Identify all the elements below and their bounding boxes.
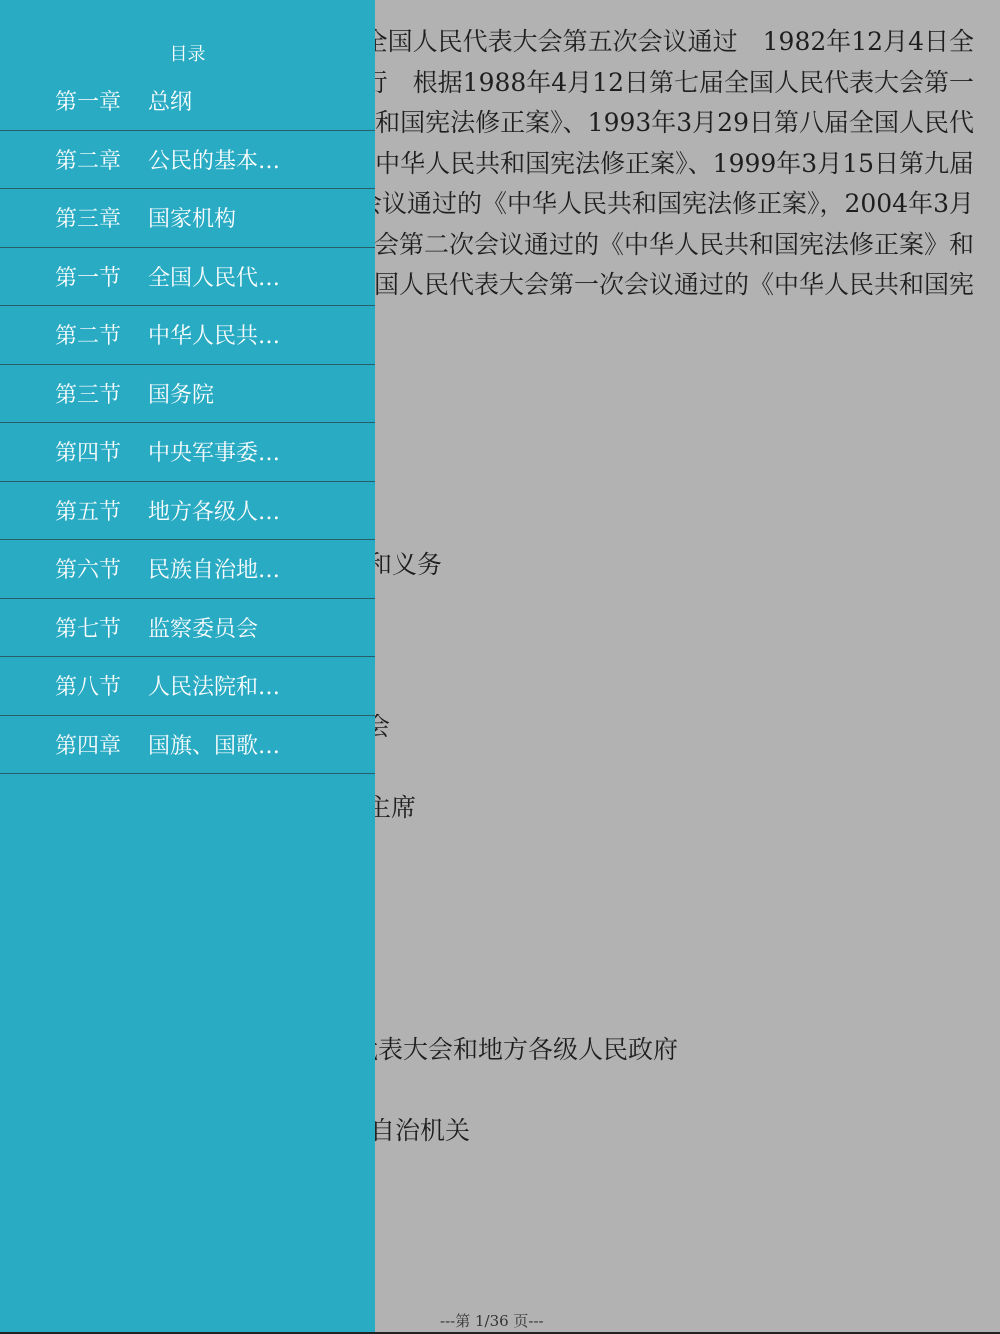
toc-item-number: 第二节 [55, 319, 121, 350]
toc-item-number: 第三节 [55, 378, 121, 409]
toc-item[interactable]: 第三节国务院 [0, 365, 375, 424]
toc-item-title: 中华人民共… [148, 319, 280, 350]
toc-item[interactable]: 第二节中华人民共… [0, 306, 375, 365]
toc-item-number: 第一章 [55, 85, 121, 116]
toc-item[interactable]: 第六节民族自治地… [0, 540, 375, 599]
toc-item[interactable]: 第四节中央军事委… [0, 423, 375, 482]
toc-item-title: 总纲 [148, 85, 192, 116]
toc-item-title: 监察委员会 [148, 612, 258, 643]
toc-item[interactable]: 第一章总纲 [0, 72, 375, 131]
toc-item-title: 全国人民代… [148, 261, 280, 292]
toc-item-title: 国务院 [148, 378, 214, 409]
toc-item-number: 第三章 [55, 202, 121, 233]
toc-item[interactable]: 第八节人民法院和… [0, 657, 375, 716]
toc-item-title: 中央军事委… [148, 436, 280, 467]
toc-item-title: 国旗、国歌… [148, 729, 280, 760]
toc-item-title: 公民的基本… [148, 144, 280, 175]
toc-item[interactable]: 第一节全国人民代… [0, 248, 375, 307]
page-indicator: ---第 1/36 页--- [440, 1310, 544, 1331]
toc-list: 第一章总纲 第二章公民的基本… 第三章国家机构 第一节全国人民代… 第二节中华人… [0, 72, 375, 774]
toc-item-number: 第七节 [55, 612, 121, 643]
toc-item[interactable]: 第三章国家机构 [0, 189, 375, 248]
toc-item-title: 民族自治地… [148, 553, 280, 584]
toc-item-number: 第八节 [55, 670, 121, 701]
toc-item-title: 人民法院和… [148, 670, 280, 701]
toc-item-number: 第二章 [55, 144, 121, 175]
toc-item-title: 地方各级人… [148, 495, 280, 526]
toc-item[interactable]: 第五节地方各级人… [0, 482, 375, 541]
toc-item-title: 国家机构 [148, 202, 236, 233]
toc-item-number: 第五节 [55, 495, 121, 526]
toc-item-number: 第一节 [55, 261, 121, 292]
toc-sidebar: 目录 第一章总纲 第二章公民的基本… 第三章国家机构 第一节全国人民代… 第二节… [0, 0, 375, 1334]
toc-item-number: 第四节 [55, 436, 121, 467]
toc-item-number: 第六节 [55, 553, 121, 584]
toc-title: 目录 [0, 40, 375, 66]
toc-item-number: 第四章 [55, 729, 121, 760]
toc-item[interactable]: 第七节监察委员会 [0, 599, 375, 658]
toc-item[interactable]: 第四章国旗、国歌… [0, 716, 375, 775]
toc-item[interactable]: 第二章公民的基本… [0, 131, 375, 190]
